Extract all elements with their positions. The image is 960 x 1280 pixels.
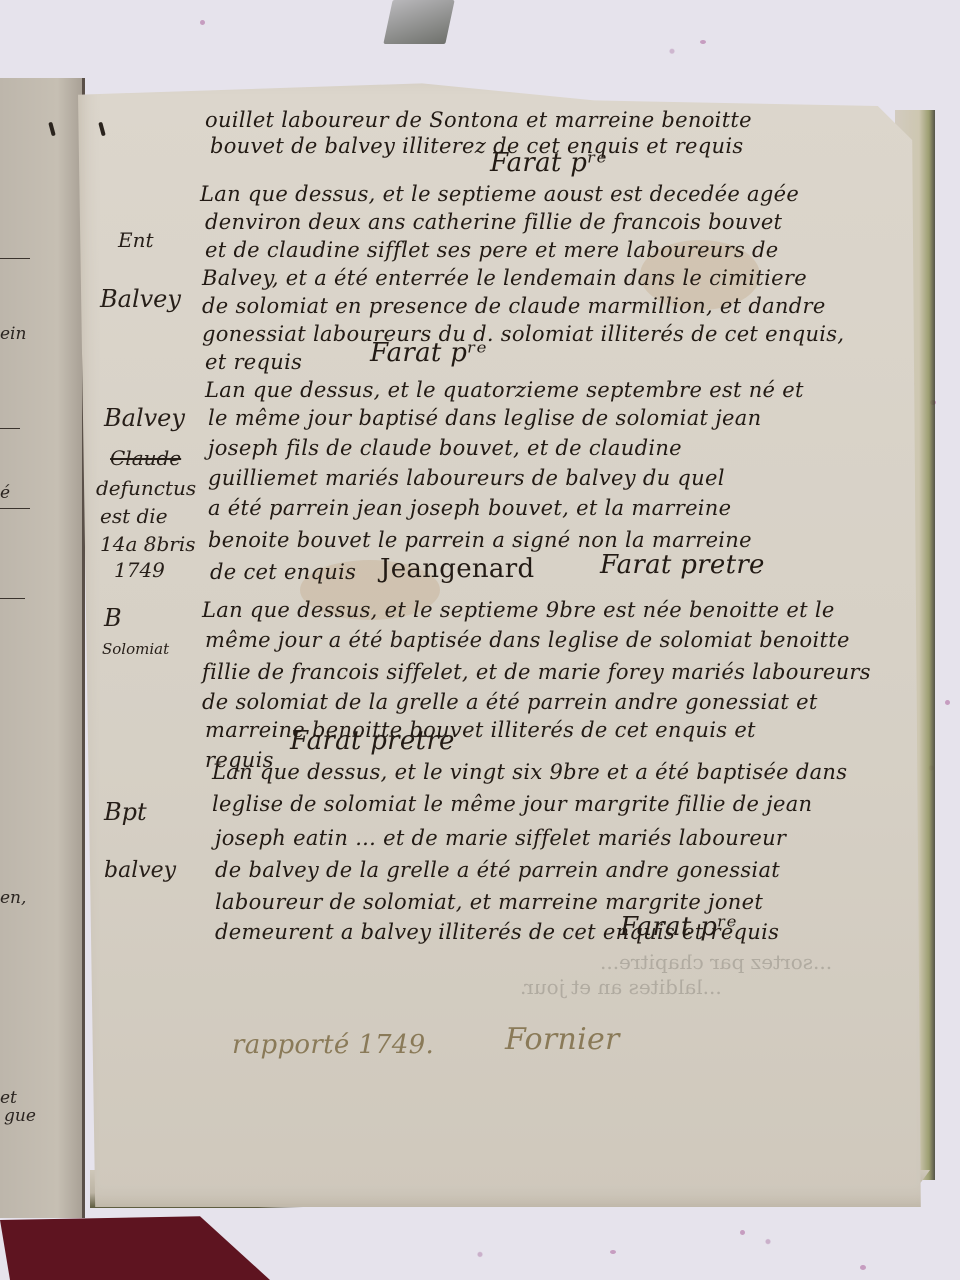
metal-weight-object: [383, 0, 454, 44]
margin-note-struck: Claude: [110, 446, 181, 470]
text-line: joseph eatin ... et de marie siffelet ma…: [215, 826, 786, 850]
text-line: Lan que dessus, et le septieme aoust est…: [200, 182, 799, 206]
left-page-fragment: é: [0, 483, 10, 503]
text-line: marreine benoitte bouvet illiterés de ce…: [205, 718, 756, 742]
speckle: [860, 1265, 866, 1270]
text-line: Lan que dessus, et le septieme 9bre est …: [202, 598, 835, 622]
text-line: Balvey, et a été enterrée le lendemain d…: [202, 266, 807, 290]
priest-signature: Farat pʳᵉ: [620, 912, 737, 942]
priest-signature: Farat pʳᵉ: [490, 148, 607, 178]
margin-note: Bpt: [104, 798, 147, 826]
text-line: de solomiat en presence de claude marmil…: [202, 294, 826, 318]
bleed-through-text: ...laldites an et jour.: [520, 975, 722, 999]
margin-note: defunctus: [96, 476, 196, 500]
text-line: de balvey de la grelle a été parrein and…: [215, 858, 780, 882]
ruled-line: [0, 258, 30, 259]
text-line: joseph fils de claude bouvet, et de clau…: [208, 436, 682, 460]
text-line: guilliemet mariés laboureurs de balvey d…: [208, 466, 725, 490]
ruled-line: [0, 428, 20, 429]
margin-note: Ent: [118, 228, 154, 252]
speckle: [610, 1250, 616, 1254]
text-line: leglise de solomiat le même jour margrit…: [212, 792, 812, 816]
text-line: Lan que dessus, et le vingt six 9bre et …: [212, 760, 847, 784]
left-page: ein é en, et gue: [0, 78, 85, 1218]
text-line: le même jour baptisé dans leglise de sol…: [208, 406, 761, 430]
godfather-signature: Jeangenard: [380, 554, 534, 584]
speckle: [200, 20, 205, 25]
text-line: gonessiat laboureurs du d. solomiat illi…: [202, 322, 844, 346]
text-line: et requis: [205, 350, 302, 374]
priest-signature: Farat pretre: [290, 726, 455, 756]
margin-note: balvey: [104, 858, 176, 883]
margin-note: Solomiat: [102, 640, 169, 658]
text-line: bouvet de balvey illiterez de cet enquis…: [210, 134, 743, 158]
text-line: benoite bouvet le parrein a signé non la…: [208, 528, 752, 552]
text-line: de cet enquis: [210, 560, 356, 584]
text-line: a été parrein jean joseph bouvet, et la …: [208, 496, 731, 520]
text-line: denviron deux ans catherine fillie de fr…: [205, 210, 782, 234]
margin-note: est die: [100, 504, 168, 528]
margin-note: Balvey: [104, 404, 185, 432]
priest-signature: Farat pʳᵉ: [370, 338, 487, 368]
speckle: [700, 40, 706, 44]
priest-signature: Farat pretre: [600, 550, 765, 580]
text-line: fillie de francois siffelet, et de marie…: [202, 660, 871, 684]
speckle: [945, 700, 950, 705]
left-page-fragment: gue: [4, 1106, 36, 1126]
binding-hole: [48, 122, 55, 137]
closing-signature: Fornier: [505, 1022, 620, 1057]
bleed-through-text: ...sortez par chapitre...: [600, 950, 832, 974]
ruled-line: [0, 508, 30, 509]
margin-note: 14a 8bris: [100, 532, 195, 556]
text-line: laboureur de solomiat, et marreine margr…: [215, 890, 763, 914]
text-line: Lan que dessus, et le quatorzieme septem…: [205, 378, 804, 402]
margin-note: 1749: [114, 558, 165, 582]
text-line: ouillet laboureur de Sontona et marreine…: [205, 108, 752, 132]
left-page-fragment: ein: [0, 324, 26, 344]
text-line: et de claudine sifflet ses pere et mere …: [205, 238, 779, 262]
left-page-fragment: en,: [0, 888, 26, 908]
text-line: même jour a été baptisée dans leglise de…: [205, 628, 850, 652]
closing-note: rapporté 1749.: [232, 1030, 434, 1060]
margin-note: B: [104, 604, 122, 632]
ruled-line: [0, 598, 25, 599]
left-page-fragment: et: [0, 1088, 17, 1108]
speckle: [740, 1230, 745, 1235]
text-line: de solomiat de la grelle a été parrein a…: [202, 690, 818, 714]
margin-note: Balvey: [100, 285, 181, 313]
